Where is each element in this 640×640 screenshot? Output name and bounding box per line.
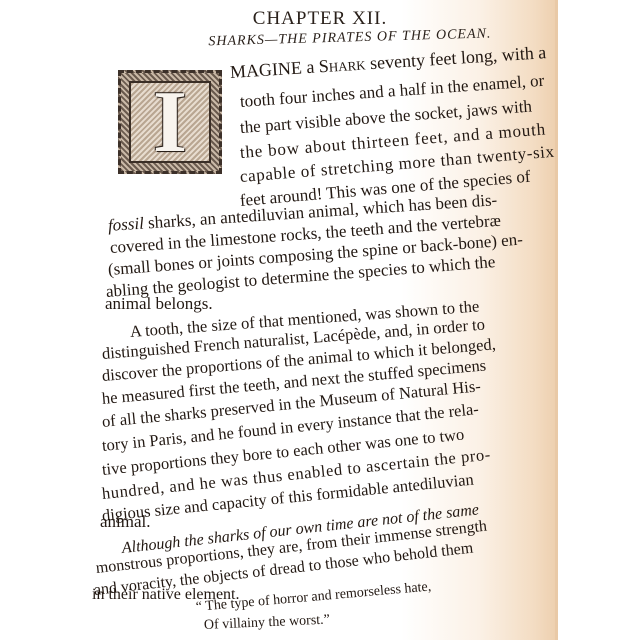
epigraph-line: “ The type of horror and remorseless hat… bbox=[195, 579, 432, 616]
text-fragment: a bbox=[301, 56, 319, 77]
epigraph-line: Of villainy the worst.” bbox=[204, 613, 331, 634]
book-page-photo: CHAPTER XII. SHARKS—THE PIRATES OF THE O… bbox=[0, 0, 640, 640]
italic-word: fossil bbox=[107, 214, 144, 235]
text-line: animal belongs. bbox=[105, 294, 213, 314]
page-content: CHAPTER XII. SHARKS—THE PIRATES OF THE O… bbox=[0, 0, 640, 640]
opening-word: MAGINE bbox=[229, 57, 302, 81]
text-fragment: seventy feet long, with a bbox=[365, 42, 547, 73]
ornamental-initial-icon: I bbox=[118, 70, 222, 174]
drop-cap-letter: I bbox=[121, 73, 219, 171]
smallcaps-word: Shark bbox=[318, 53, 366, 76]
text-line: animal. bbox=[100, 512, 151, 532]
